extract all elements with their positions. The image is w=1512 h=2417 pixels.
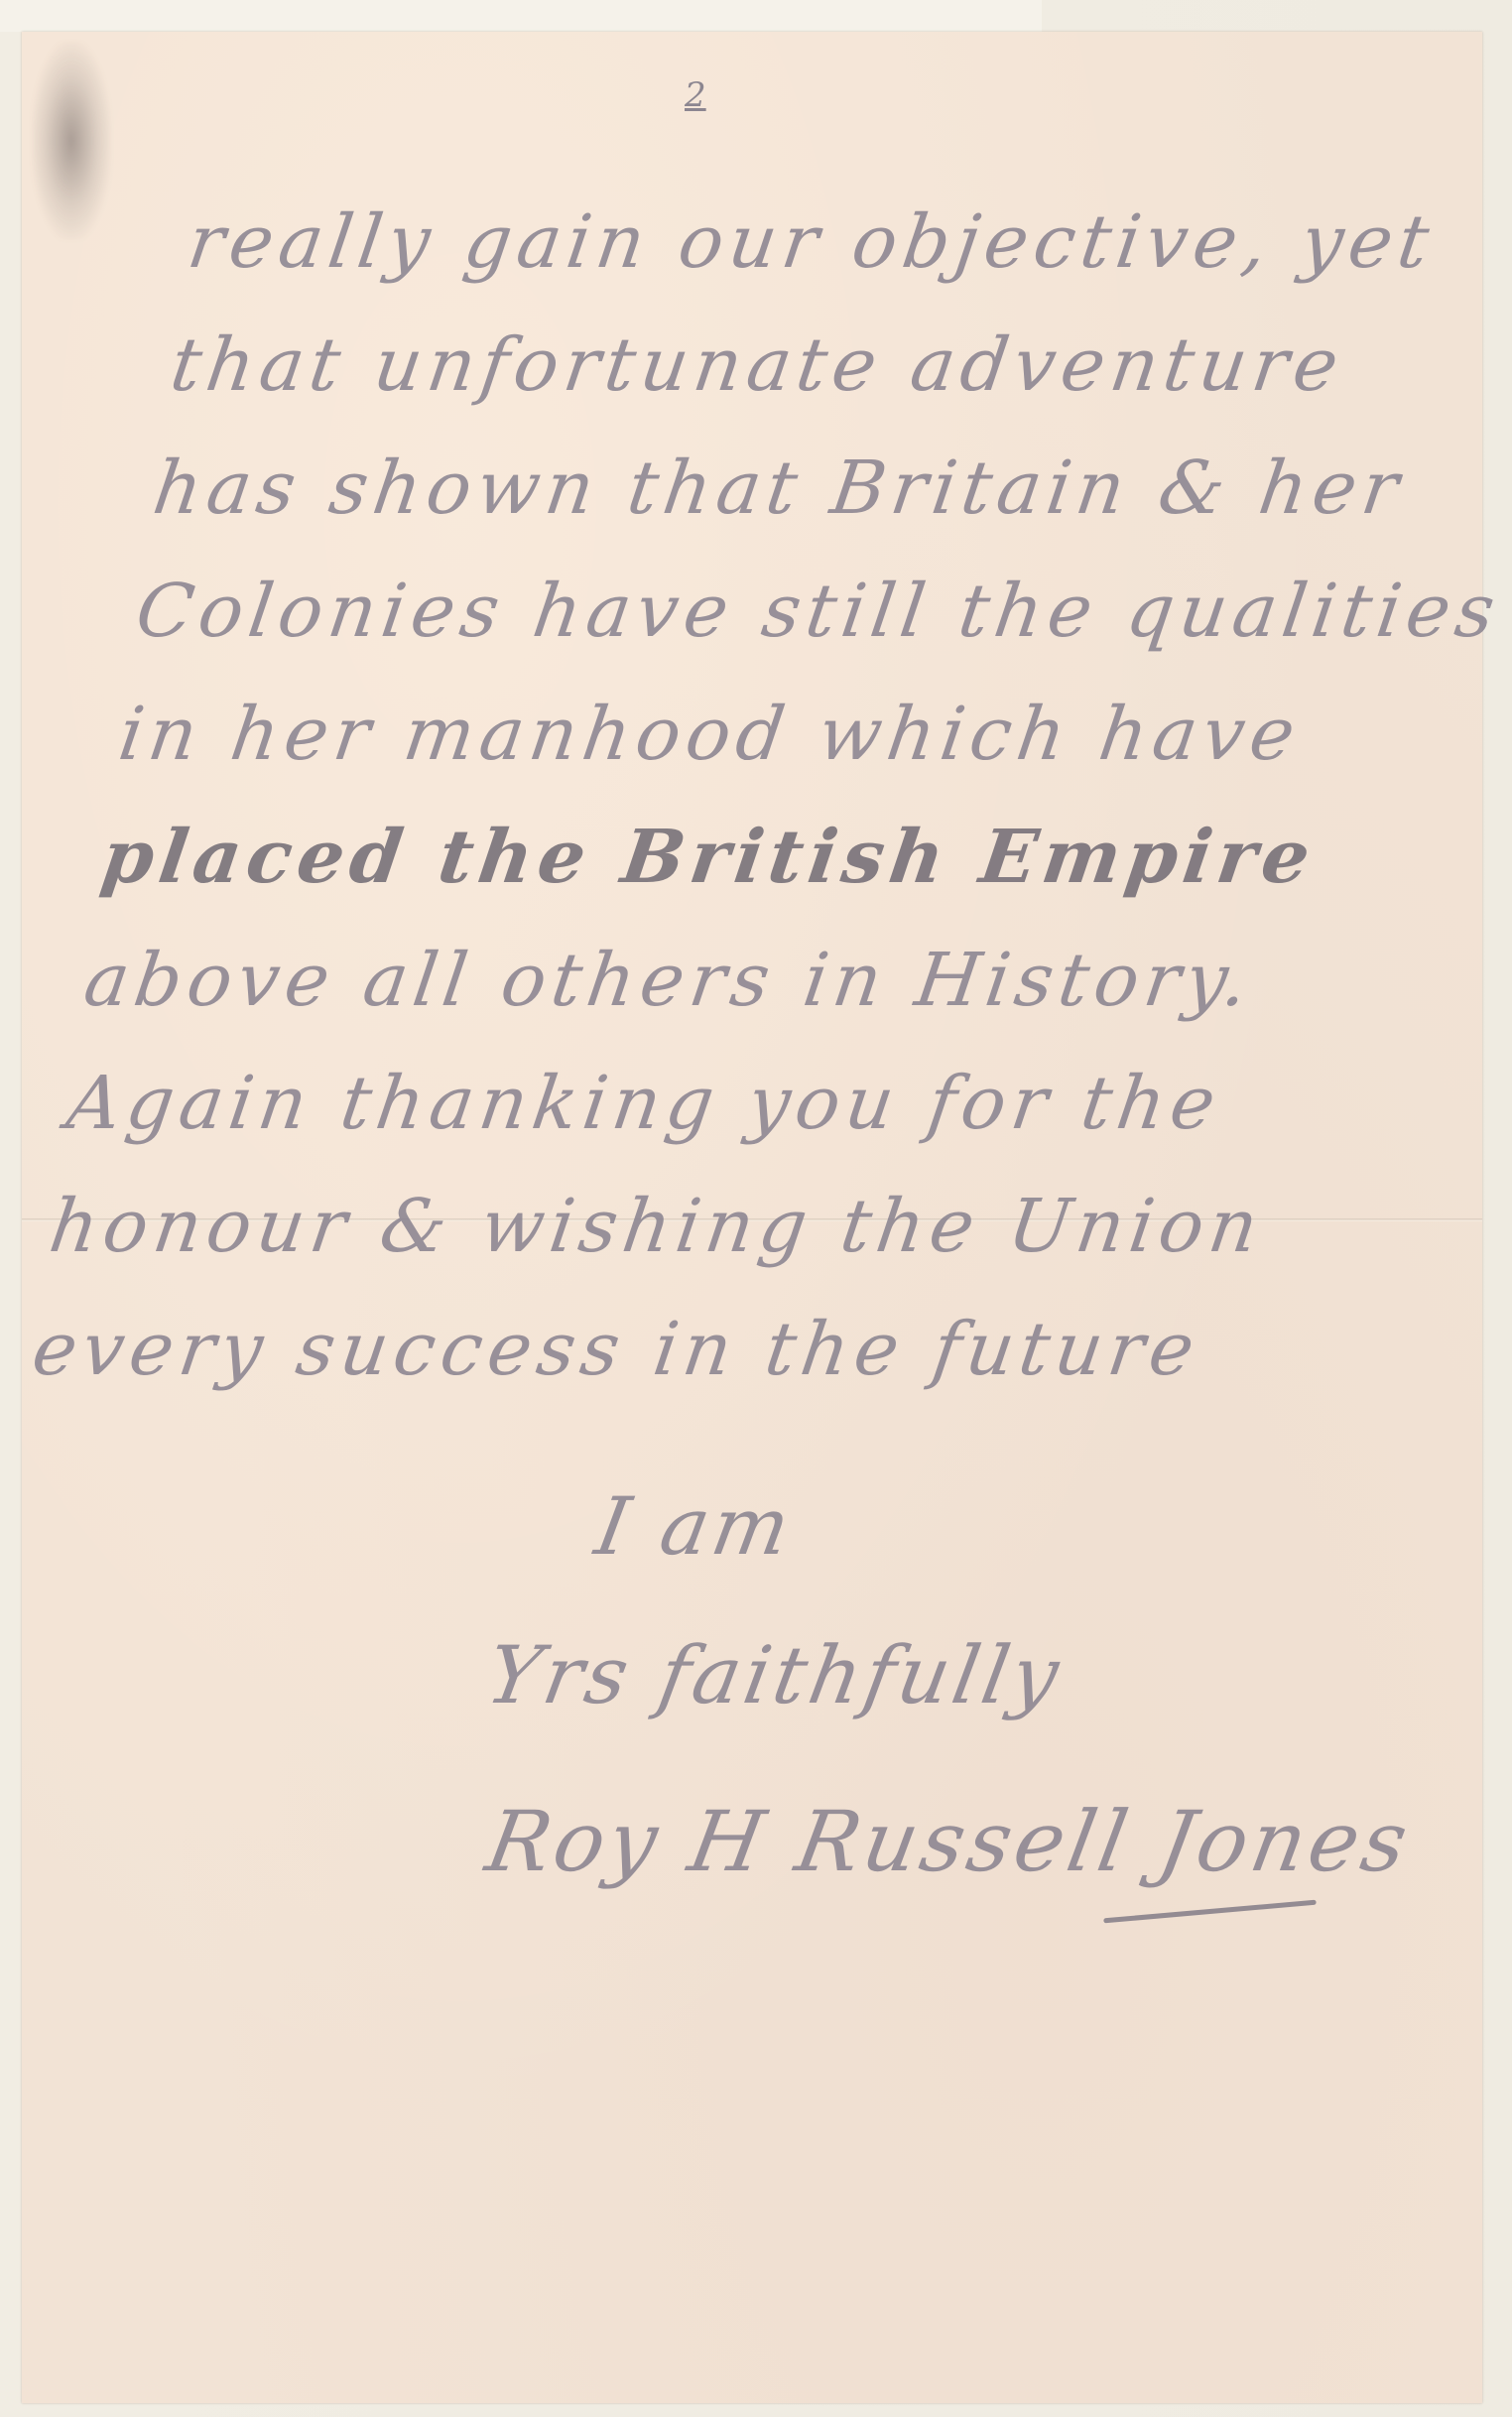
pencil-smudge [32,42,111,240]
closing-i-am: I am [589,1480,801,1573]
letter-line: has shown that Britain & her [146,427,1512,550]
backing-sheet [0,0,1042,32]
letter-line: every success in the future [25,1288,1391,1411]
letter-line: Colonies have still the qualities [128,550,1494,673]
closing-yours-faithfully: Yrs faithfully [480,1629,1070,1721]
letter-line: Again thanking you for the [60,1042,1426,1165]
letter-line: in her manhood which have [111,673,1477,796]
letter-line: above all others in History. [76,919,1443,1042]
letter-line: honour & wishing the Union [42,1165,1408,1288]
page-number: 2 [685,75,706,115]
signature: Roy H Russell Jones [479,1793,1418,1890]
letter-line: that unfortunate adventure [163,304,1512,427]
letter-body: really gain our objective, yet that unfo… [25,181,1512,1411]
letter-page: 2 really gain our objective, yet that un… [22,32,1482,2403]
letter-line: really gain our objective, yet [181,181,1512,304]
signature-underline [1103,1900,1317,1924]
letter-line: placed the British Empire [94,796,1460,919]
